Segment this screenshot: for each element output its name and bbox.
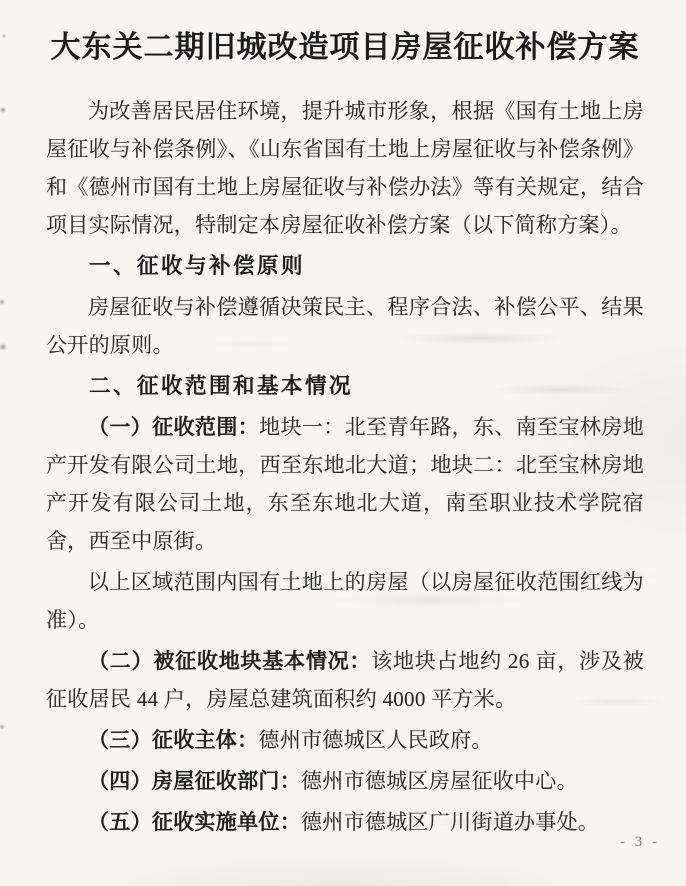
section-1-heading: 一、征收与补偿原则 (46, 247, 644, 285)
paragraph-text: 德州市德城区人民政府。 (258, 728, 492, 752)
principles-paragraph: 房屋征收与补偿遵循决策民主、程序合法、补偿公平、结果公开的原则。 (46, 288, 644, 364)
item-label: （二）被征收地块基本情况： (88, 649, 371, 673)
document-page: 大东关二期旧城改造项目房屋征收补偿方案 为改善居民居住环境，提升城市形象，根据《… (0, 0, 686, 886)
doc-title: 大东关二期旧城改造项目房屋征收补偿方案 (46, 26, 644, 70)
item-1-scope: （一）征收范围：地块一：北至青年路，东、南至宝林房地产开发有限公司土地，西至东地… (46, 408, 644, 560)
paragraph-text: 为改善居民居住环境，提升城市形象，根据《国有土地上房屋征收与补偿条例》、《山东省… (46, 99, 644, 237)
item-label: （一）征收范围： (88, 415, 259, 439)
item-2-basic-info: （二）被征收地块基本情况：该地块占地约 26 亩，涉及被征收居民 44 户，房屋… (46, 642, 644, 718)
page-number: - 3 - (620, 834, 660, 851)
item-scope-note: 以上区域范围内国有土地上的房屋（以房屋征收范围红线为准）。 (46, 563, 644, 639)
paragraph-text: 德州市德城区房屋征收中心。 (301, 769, 578, 793)
paragraph-text: 房屋征收与补偿遵循决策民主、程序合法、补偿公平、结果公开的原则。 (46, 295, 644, 357)
paragraph-text: 德州市德城区广川街道办事处。 (301, 810, 599, 834)
paragraph-text: 以上区域范围内国有土地上的房屋（以房屋征收范围红线为准）。 (46, 570, 644, 632)
item-3-subject: （三）征收主体：德州市德城区人民政府。 (46, 721, 644, 759)
section-2-heading: 二、征收范围和基本情况 (46, 367, 644, 405)
item-label: （三）征收主体： (88, 728, 258, 752)
item-5-implementer: （五）征收实施单位：德州市德城区广川街道办事处。 (46, 803, 644, 841)
intro-paragraph: 为改善居民居住环境，提升城市形象，根据《国有土地上房屋征收与补偿条例》、《山东省… (46, 92, 644, 244)
item-label: （五）征收实施单位： (88, 810, 301, 834)
item-label: （四）房屋征收部门： (88, 769, 301, 793)
item-4-department: （四）房屋征收部门：德州市德城区房屋征收中心。 (46, 762, 644, 800)
